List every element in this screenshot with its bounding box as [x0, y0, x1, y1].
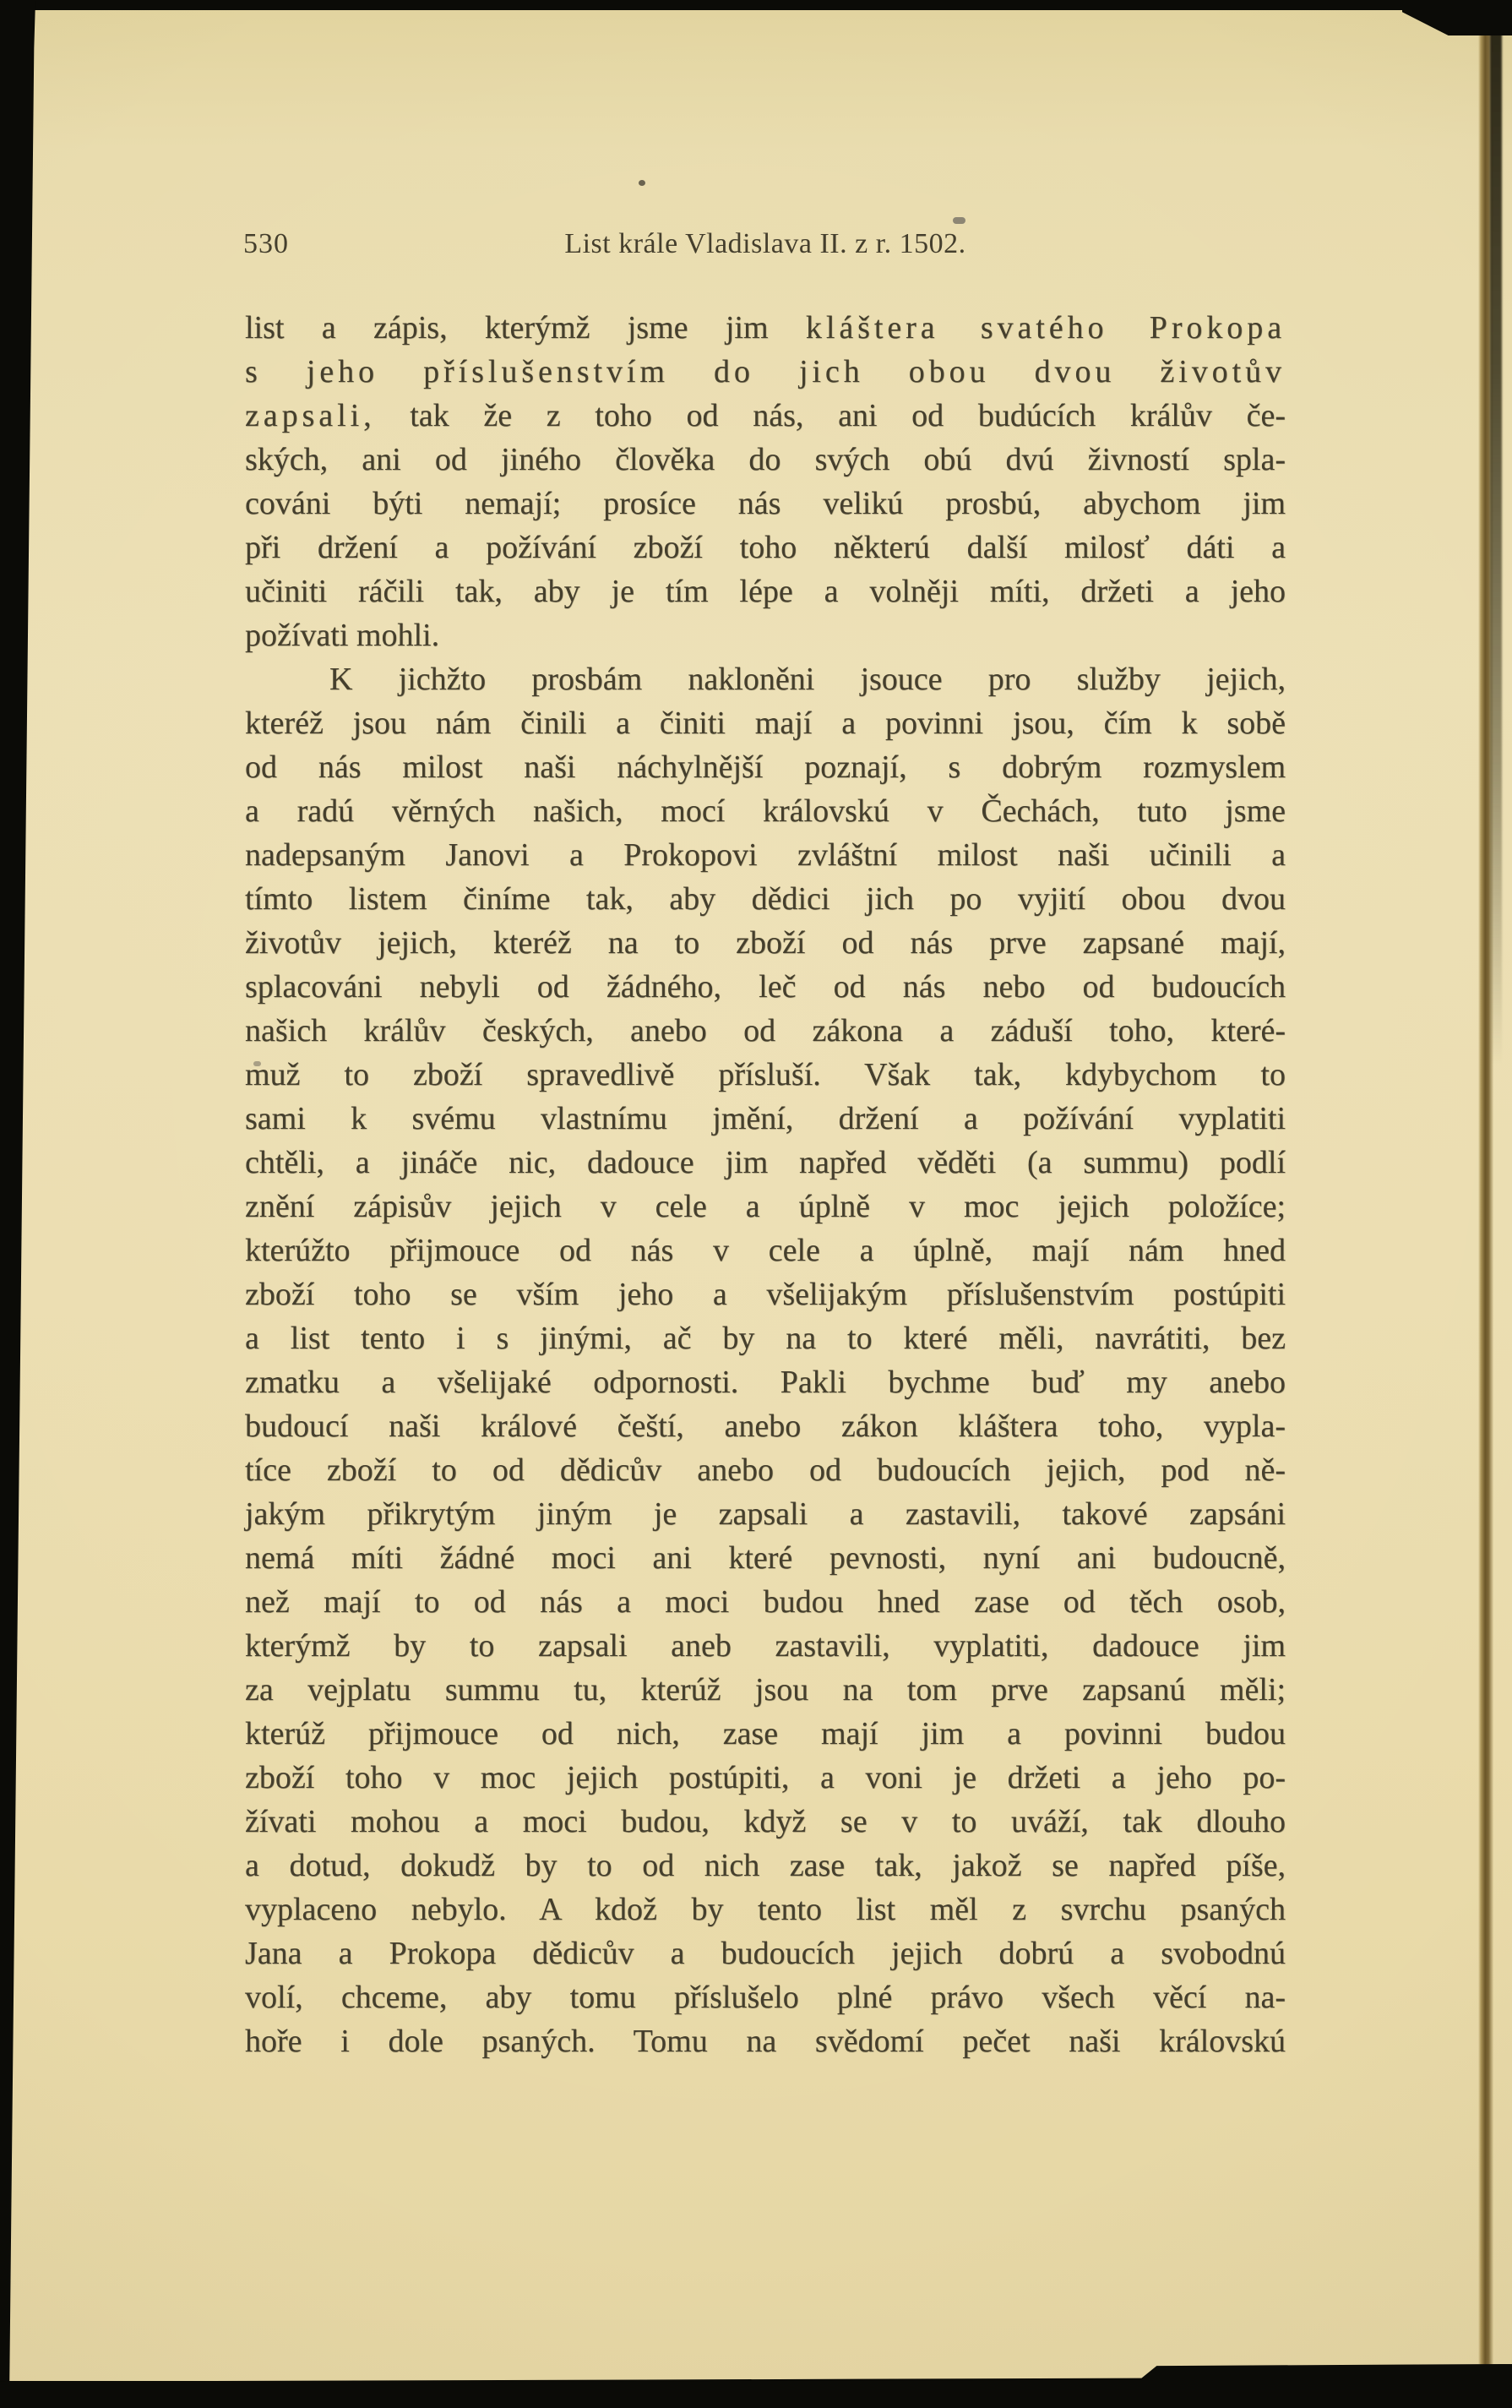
text-segment: hoře i dole psaných. Tomu na svědomí peč… [245, 2024, 1286, 2059]
text-segment: ských, ani od jiného člověka do svých ob… [245, 442, 1286, 477]
document-text: list a zápis, kterýmž jsme jim kláštera … [245, 306, 1286, 2063]
text-line: vyplaceno nebylo. A kdož by tento list m… [245, 1888, 1286, 1931]
text-line: tímto listem činíme tak, aby dědici jich… [245, 877, 1286, 921]
page-header: 530 List krále Vladislava II. z r. 1502. [245, 228, 1286, 265]
text-segment: žívati mohou a moci budou, když se v to … [245, 1804, 1286, 1839]
text-segment: jakým přikrytým jiným je zapsali a zasta… [245, 1496, 1286, 1532]
paragraph: K jichžto prosbám nakloněni jsouce pro s… [245, 657, 1286, 2063]
text-segment: zboží toho v moc jejich postúpiti, a von… [245, 1760, 1286, 1795]
text-line: volí, chceme, aby tomu příslušelo plné p… [245, 1975, 1286, 2019]
paper-speck [639, 180, 645, 186]
text-line: kterúžto přijmouce od nás v cele a úplně… [245, 1229, 1286, 1272]
text-line: a list tento i s jinými, ač by na to kte… [245, 1316, 1286, 1360]
text-segment: tíce zboží to od dědicův anebo od budouc… [245, 1452, 1286, 1488]
text-segment: kterúžto přijmouce od nás v cele a úplně… [245, 1233, 1286, 1268]
text-segment: životův jejich, kteréž na to zboží od ná… [245, 925, 1286, 961]
text-segment: nadepsaným Janovi a Prokopovi zvláštní m… [245, 837, 1286, 873]
text-segment: znění zápisův jejich v cele a úplně v mo… [245, 1189, 1286, 1224]
text-segment: a list tento i s jinými, ač by na to kte… [245, 1321, 1286, 1356]
text-line: kterúž přijmouce od nich, zase mají jim … [245, 1712, 1286, 1756]
text-segment: kterýmž by to zapsali aneb zastavili, vy… [245, 1628, 1286, 1664]
text-line: Jana a Prokopa dědicův a budoucích jejic… [245, 1931, 1286, 1975]
text-segment: sami k svému vlastnímu jmění, držení a p… [245, 1101, 1286, 1136]
text-line: zboží toho se vším jeho a všelijakým pří… [245, 1272, 1286, 1316]
text-segment: K jichžto prosbám nakloněni jsouce pro s… [329, 662, 1286, 697]
text-line: cováni býti nemají; prosíce nás velikú p… [245, 482, 1286, 526]
text-line: list a zápis, kterýmž jsme jim kláštera … [245, 306, 1286, 350]
text-line: zmatku a všelijaké odpornosti. Pakli byc… [245, 1360, 1286, 1404]
emphasized-text: s jeho příslušenstvím do jich obou dvou … [245, 354, 1286, 390]
text-line: zboží toho v moc jejich postúpiti, a von… [245, 1756, 1286, 1800]
scanned-book-page: { "colors": { "background": "#0e0e09", "… [0, 0, 1512, 2408]
text-segment: list a zápis, kterýmž jsme jim [245, 310, 806, 346]
paper-speck [253, 1061, 261, 1066]
text-segment: požívati mohli. [245, 618, 439, 653]
text-line: hoře i dole psaných. Tomu na svědomí peč… [245, 2019, 1286, 2063]
text-segment: při držení a požívání zboží toho některú… [245, 530, 1286, 565]
page-edge-dark-streak [1490, 0, 1502, 1065]
text-line: a radú věrných našich, mocí královskú v … [245, 789, 1286, 833]
text-line: nemá míti žádné moci ani které pevnosti,… [245, 1536, 1286, 1580]
text-line: muž to zboží spravedlivě přísluší. Však … [245, 1053, 1286, 1097]
emphasized-text: zapsali, [245, 398, 376, 433]
book-page: 530 List krále Vladislava II. z r. 1502.… [0, 8, 1512, 2381]
text-line: jakým přikrytým jiným je zapsali a zasta… [245, 1492, 1286, 1536]
text-segment: Jana a Prokopa dědicův a budoucích jejic… [245, 1936, 1286, 1971]
paragraph: list a zápis, kterýmž jsme jim kláštera … [245, 306, 1286, 657]
text-line: ských, ani od jiného člověka do svých ob… [245, 438, 1286, 482]
text-line: zapsali, tak že z toho od nás, ani od bu… [245, 394, 1286, 438]
text-segment: chtěli, a jináče nic, dadouce jim napřed… [245, 1145, 1286, 1180]
text-segment: učiniti ráčili tak, aby je tím lépe a vo… [245, 574, 1286, 609]
text-line: s jeho příslušenstvím do jich obou dvou … [245, 350, 1286, 394]
text-line: tíce zboží to od dědicův anebo od budouc… [245, 1448, 1286, 1492]
text-line: sami k svému vlastnímu jmění, držení a p… [245, 1097, 1286, 1141]
text-segment: od nás milost naši náchylnější poznají, … [245, 749, 1286, 785]
text-segment: budoucí naši králové čeští, anebo zákon … [245, 1408, 1286, 1444]
text-line: požívati mohli. [245, 613, 1286, 657]
text-line: kteréž jsou nám činili a činiti mají a p… [245, 701, 1286, 745]
text-line: nadepsaným Janovi a Prokopovi zvláštní m… [245, 833, 1286, 877]
text-segment: kteréž jsou nám činili a činiti mají a p… [245, 706, 1286, 741]
text-line: než mají to od nás a moci budou hned zas… [245, 1580, 1286, 1624]
text-segment: kterúž přijmouce od nich, zase mají jim … [245, 1716, 1286, 1752]
text-segment: nemá míti žádné moci ani které pevnosti,… [245, 1540, 1286, 1576]
text-segment: zboží toho se vším jeho a všelijakým pří… [245, 1277, 1286, 1312]
text-line: splacováni nebyli od žádného, leč od nás… [245, 965, 1286, 1009]
text-segment: volí, chceme, aby tomu příslušelo plné p… [245, 1980, 1286, 2015]
text-line: kterýmž by to zapsali aneb zastavili, vy… [245, 1624, 1286, 1668]
text-segment: vyplaceno nebylo. A kdož by tento list m… [245, 1892, 1286, 1927]
text-segment: muž to zboží spravedlivě přísluší. Však … [245, 1057, 1286, 1092]
scan-border-top [0, 0, 1512, 10]
text-line: našich králův českých, anebo od zákona a… [245, 1009, 1286, 1053]
text-line: učiniti ráčili tak, aby je tím lépe a vo… [245, 569, 1286, 613]
text-line: od nás milost naši náchylnější poznají, … [245, 745, 1286, 789]
text-segment: a radú věrných našich, mocí královskú v … [245, 793, 1286, 829]
text-segment: našich králův českých, anebo od zákona a… [245, 1013, 1286, 1049]
text-line: budoucí naši králové čeští, anebo zákon … [245, 1404, 1286, 1448]
paper-speck [953, 217, 965, 224]
text-line: za vejplatu summu tu, kterúž jsou na tom… [245, 1668, 1286, 1712]
text-line: životův jejich, kteréž na to zboží od ná… [245, 921, 1286, 965]
text-segment: než mají to od nás a moci budou hned zas… [245, 1584, 1286, 1620]
text-segment: tímto listem činíme tak, aby dědici jich… [245, 881, 1286, 917]
text-segment: tak že z toho od nás, ani od budúcích kr… [376, 398, 1286, 433]
text-segment: splacováni nebyli od žádného, leč od nás… [245, 969, 1286, 1005]
page-number: 530 [243, 228, 289, 260]
running-title: List krále Vladislava II. z r. 1502. [245, 228, 1286, 260]
text-segment: zmatku a všelijaké odpornosti. Pakli byc… [245, 1365, 1286, 1400]
text-line: K jichžto prosbám nakloněni jsouce pro s… [245, 657, 1286, 701]
text-line: a dotud, dokudž by to od nich zase tak, … [245, 1844, 1286, 1888]
text-line: při držení a požívání zboží toho některú… [245, 526, 1286, 569]
text-line: chtěli, a jináče nic, dadouce jim napřed… [245, 1141, 1286, 1185]
text-segment: za vejplatu summu tu, kterúž jsou na tom… [245, 1672, 1286, 1708]
text-segment: a dotud, dokudž by to od nich zase tak, … [245, 1848, 1286, 1883]
text-line: znění zápisův jejich v cele a úplně v mo… [245, 1185, 1286, 1229]
text-line: žívati mohou a moci budou, když se v to … [245, 1800, 1286, 1844]
emphasized-text: kláštera svatého Prokopa [806, 310, 1286, 346]
text-segment: cováni býti nemají; prosíce nás velikú p… [245, 486, 1286, 521]
